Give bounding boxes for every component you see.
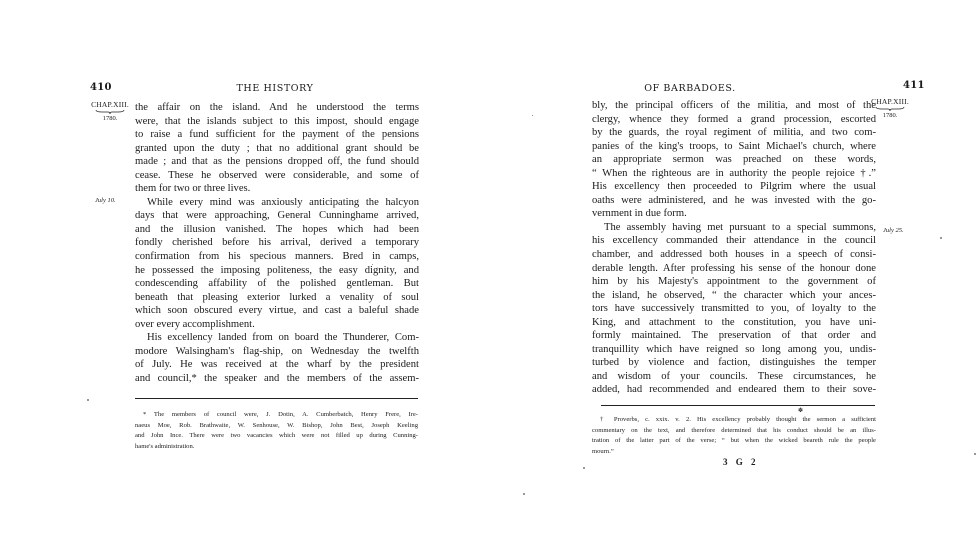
text-line: added, had recommended and endeared them… [592, 383, 876, 397]
ornament-mark: ✽ [798, 407, 803, 414]
date-margin-note: July 25. [883, 227, 904, 234]
footnote-line: and John Ince. There were two vacancies … [135, 431, 418, 442]
page-number: 411 [903, 80, 925, 91]
text-line: vernment in due form. [592, 207, 876, 221]
text-line: tors have successively transmitted to yo… [592, 302, 876, 316]
text-line: bly, the principal officers of the milit… [592, 99, 876, 113]
text-line: turbed by violence and faction, distingu… [592, 356, 876, 370]
body-text: bly, the principal officers of the milit… [592, 99, 876, 397]
text-line: modore Walsingham's flag-ship, on Wednes… [135, 345, 419, 359]
footnote-line: commentary on the text, and therefore de… [592, 426, 876, 437]
text-line: beneath that pleasing exterior lurked a … [135, 291, 419, 305]
text-line: over every accomplishment. [135, 318, 419, 332]
page-number: 410 [90, 82, 112, 93]
scan-speck [974, 453, 976, 455]
text-line: and the illusion vanished. The hopes whi… [135, 223, 419, 237]
footnote-line: hame's administration. [135, 442, 418, 453]
running-head: THE HISTORY [200, 83, 350, 94]
year-label: 1780. [88, 115, 132, 122]
body-text: the affair on the island. And he underst… [135, 101, 419, 385]
footnote: * The members of council were, J. Dotin,… [135, 410, 418, 452]
text-line: his excellency commanded their attendanc… [592, 234, 876, 248]
scan-speck [593, 254, 594, 255]
footnote-rule [135, 398, 418, 399]
text-line: to raise a fund sufficient for the payme… [135, 128, 419, 142]
text-line: him by his Majesty's appointment to the … [592, 275, 876, 289]
text-line: were, that the islands subject to this i… [135, 115, 419, 129]
chapter-margin-note: CHAP.XIII. 1780. [88, 100, 132, 122]
text-line: clergy, whence they formed a grand proce… [592, 113, 876, 127]
text-line: days that were approaching, General Cunn… [135, 209, 419, 223]
text-line: His excellency then proceeded to Pilgrim… [592, 180, 876, 194]
text-line: While every mind was anxiously anticipat… [135, 196, 419, 210]
scan-speck [532, 115, 533, 116]
footnote-line: tration of the latter part of the verse;… [592, 436, 876, 447]
running-head: OF BARBADOES. [615, 83, 765, 94]
text-line: tranquillity which have reigned so long … [592, 343, 876, 357]
text-line: derable length. After professing his sen… [592, 262, 876, 276]
brace-icon [95, 109, 125, 114]
text-line: oaths were administered, and he was inve… [592, 194, 876, 208]
right-page: OF BARBADOES. 411 CHAP.XIII. 1780. July … [490, 0, 980, 554]
text-line: panies of the king's troops, to Saint Mi… [592, 140, 876, 154]
text-line: of July. He was received at the wharf by… [135, 358, 419, 372]
text-line: an appropriate sermon was preached on th… [592, 153, 876, 167]
left-page: 410 THE HISTORY CHAP.XIII. 1780. July 10… [0, 0, 490, 554]
text-line: King, and attachment to the constitution… [592, 316, 876, 330]
scan-speck [523, 493, 525, 495]
text-line: confirmation from his specious manners. … [135, 250, 419, 264]
date-margin-note: July 10. [95, 197, 116, 204]
text-line: condescending affability of the polished… [135, 277, 419, 291]
text-line: “ When the righteous are in authority th… [592, 167, 876, 181]
text-line: fondly cherished before his arrival, der… [135, 236, 419, 250]
text-line: he possessed the imposing politeness, th… [135, 264, 419, 278]
text-line: which soon obscured every virtue, and ca… [135, 304, 419, 318]
text-line: chamber, and addressed both houses in a … [592, 248, 876, 262]
chapter-label: CHAP.XIII. [88, 100, 132, 109]
text-line: The assembly having met pursuant to a sp… [592, 221, 876, 235]
text-line: and wisdom of your councils. These circu… [592, 370, 876, 384]
footnote-line: naeus Moe, Rob. Brathwaite, W. Senhouse,… [135, 421, 418, 432]
text-line: made ; and that as the pensions dropped … [135, 155, 419, 169]
scan-speck [583, 467, 585, 469]
footnote-line: * The members of council were, J. Dotin,… [135, 410, 418, 421]
text-line: by the guards, the royal regiment of mil… [592, 126, 876, 140]
footnote: † Proverbs, c. xxix. v. 2. His excellenc… [592, 415, 876, 457]
brace-icon [875, 106, 905, 111]
text-line: the island, he observed, “ the character… [592, 289, 876, 303]
text-line: and council,* the speaker and the member… [135, 372, 419, 386]
text-line: the affair on the island. And he underst… [135, 101, 419, 115]
text-line: them for two or three lives. [135, 182, 419, 196]
text-line: granted upon the duty ; that no addition… [135, 142, 419, 156]
scan-speck [87, 399, 89, 401]
footnote-line: mourn.” [592, 447, 876, 458]
signature-mark: 3 G 2 [723, 457, 759, 467]
text-line: cease. These he observed were considerab… [135, 169, 419, 183]
footnote-line: † Proverbs, c. xxix. v. 2. His excellenc… [592, 415, 876, 426]
text-line: His excellency landed from on board the … [135, 331, 419, 345]
footnote-rule [601, 405, 875, 406]
text-line: formly maintained. The preservation of t… [592, 329, 876, 343]
scan-speck [940, 237, 942, 239]
scan-speck [372, 264, 373, 265]
